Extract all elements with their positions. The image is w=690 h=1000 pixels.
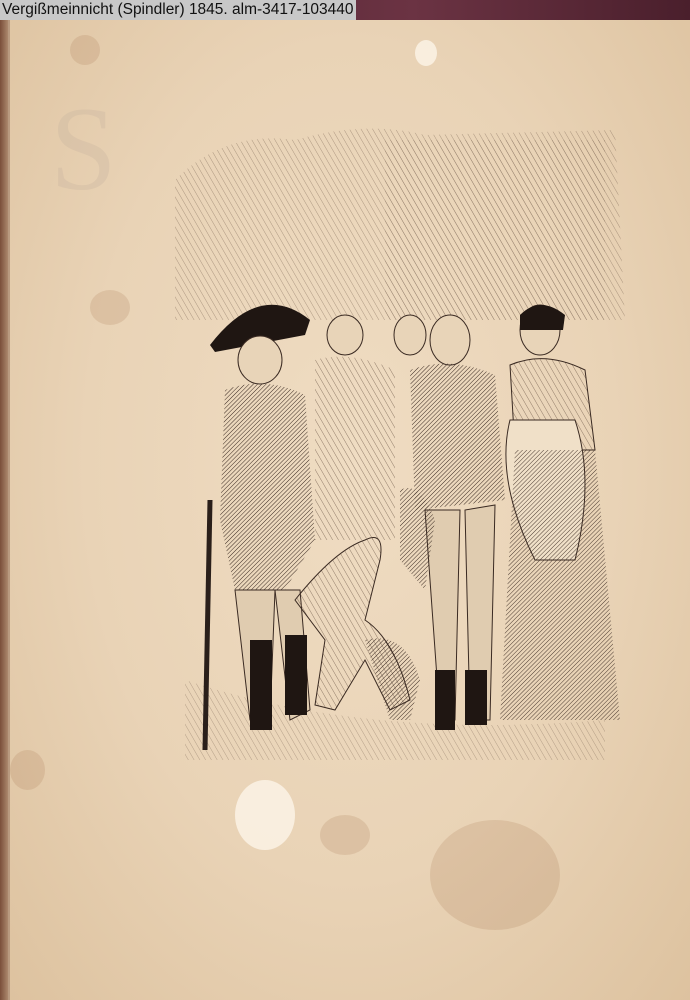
young-woman-figure xyxy=(500,305,620,720)
foxing-stain xyxy=(10,750,45,790)
book-page: S xyxy=(8,20,690,1000)
foxing-stain xyxy=(235,780,295,850)
foxing-stain xyxy=(320,815,370,855)
uniformed-man-figure xyxy=(400,315,505,730)
image-caption: Vergißmeinnicht (Spindler) 1845. alm-341… xyxy=(0,0,356,20)
foxing-stain xyxy=(70,35,100,65)
foxing-stain xyxy=(415,40,437,66)
dog-figure xyxy=(295,538,420,721)
foxing-stain xyxy=(90,290,130,325)
engraving-illustration xyxy=(165,120,635,770)
hunter-figure xyxy=(205,305,315,750)
show-through-letter: S xyxy=(50,80,117,218)
foxing-stain xyxy=(430,820,560,930)
